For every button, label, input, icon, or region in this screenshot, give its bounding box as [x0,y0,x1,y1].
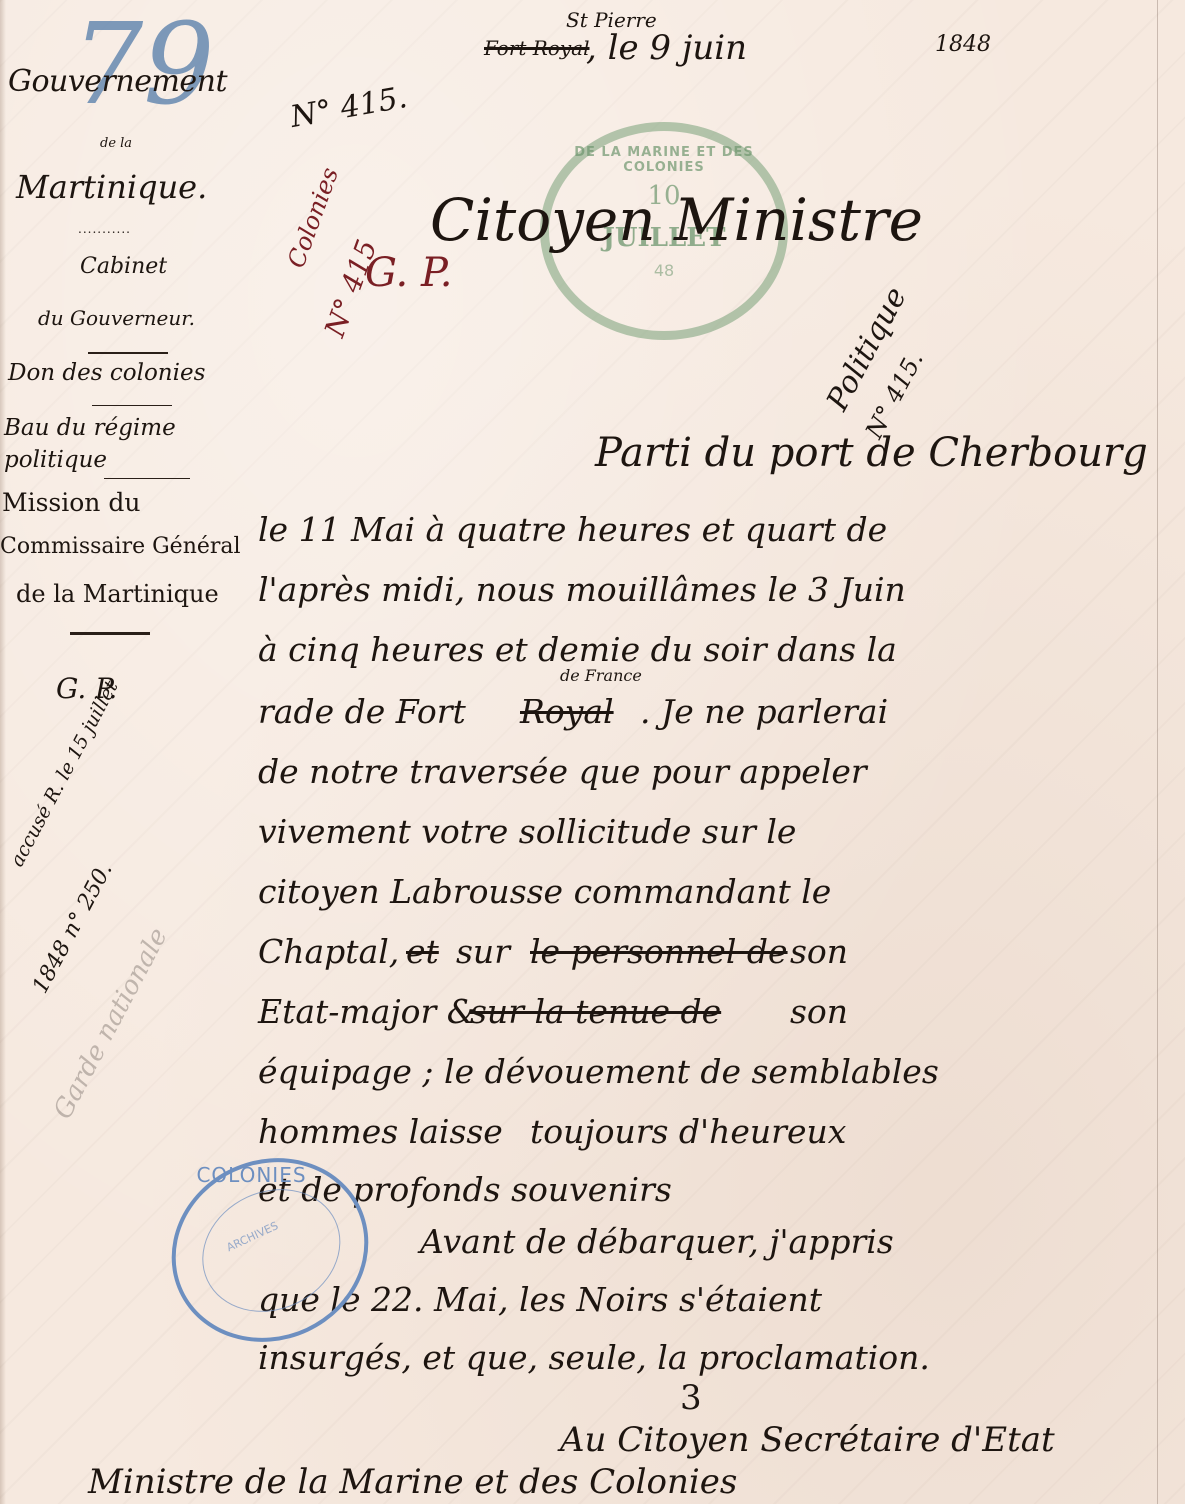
margin-mission-3: de la Martinique [16,580,219,608]
letterhead-de-la: de la [100,136,132,151]
body-struck-personnel: le personnel de [530,932,788,971]
letterhead-cabinet: Cabinet [80,254,167,279]
place-struck: Fort Royal [484,36,590,60]
divider [70,632,150,635]
letterhead-martinique: Martinique. [16,168,207,206]
body-struck-et: et [406,932,439,971]
body-line-5b: . Je ne parlerai [640,692,888,731]
divider [88,352,168,354]
body-line-16: insurgés, et que, seule, la proclamation… [258,1338,930,1377]
page-fold-line [1157,0,1158,1504]
margin-mission-1: Mission du [2,488,140,517]
letterhead-du-gouverneur: du Gouverneur. [38,306,195,330]
body-line-9c: son [790,932,848,971]
margin-bureau: Bau du régime politique [4,412,234,476]
body-line-4: à cinq heures et demie du soir dans la [258,630,897,669]
red-annotation-colonies: Colonies [282,164,344,272]
body-line-5a: rade de Fort [258,692,466,731]
divider [104,478,190,479]
body-line-3: l'après midi, nous mouillâmes le 3 Juin [258,570,906,609]
body-line-8: citoyen Labrousse commandant le [258,872,831,911]
stamp-ring-text: DE LA MARINE ET DES COLONIES [549,145,779,175]
body-struck-tenue: sur la tenue de [470,992,721,1031]
divider [92,405,172,406]
body-correction-de-france: de France [560,666,642,685]
addressee-line-1: Au Citoyen Secrétaire d'Etat [560,1420,1055,1460]
body-line-12a: hommes laisse [258,1112,503,1151]
reference-number: N° 415. [288,80,410,135]
receipt-note-2: 1848 n° 250. [28,859,118,998]
paper-edge-shadow [0,0,6,1504]
body-line-2: le 11 Mai à quatre heures et quart de [258,510,887,549]
date-text: , le 9 juin [586,28,747,68]
body-line-9a: Chaptal, [258,932,399,971]
body-line-14: Avant de débarquer, j'appris [420,1222,894,1261]
body-line-12b: toujours d'heureux [530,1112,846,1151]
addressee-line-2: Ministre de la Marine et des Colonies [88,1462,737,1502]
stamp-inner-ring [182,1167,361,1334]
archives-stamp-blue: COLONIES ARCHIVES [141,1126,398,1374]
date-year: 1848 [935,32,991,57]
document-page: 79 Gouvernement de la Martinique. ......… [0,0,1185,1504]
body-line-1: Parti du port de Cherbourg [595,430,1148,476]
body-line-10b: son [790,992,848,1031]
page-marker: 3 [680,1378,702,1418]
margin-mission-2: Commissaire Général [0,534,241,559]
margin-direction: Don des colonies [8,360,205,386]
body-line-9b: sur [456,932,510,971]
letterhead-separator: ........... [78,222,131,236]
body-line-11: équipage ; le dévouement de semblables [258,1052,939,1091]
body-struck-royal: Royal [520,692,614,731]
receipt-note-1: accusé R. le 15 juillet [6,677,123,870]
red-annotation-initials: G. P. [365,250,452,296]
body-line-6: de notre traversée que pour appeler [258,752,867,791]
stamp-ring-text: COLONIES [196,1163,306,1187]
body-line-7: vivement votre sollicitude sur le [258,812,796,851]
body-line-10a: Etat-major & [258,992,476,1031]
stamp-year: 48 [549,261,779,280]
letterhead-gouvernement: Gouvernement [8,64,227,99]
salutation: Citoyen Ministre [430,186,923,254]
